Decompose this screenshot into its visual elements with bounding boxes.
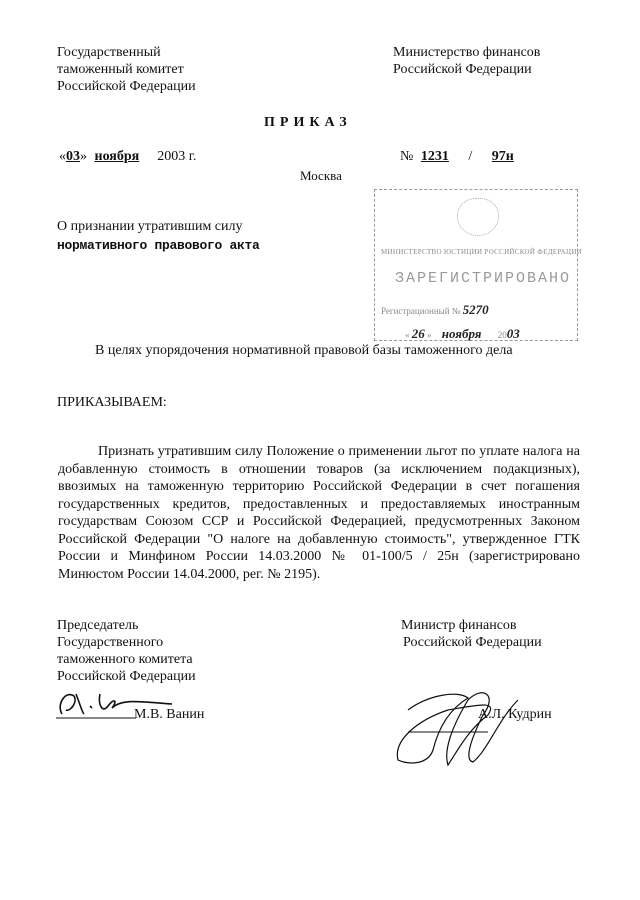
number-prefix: № bbox=[400, 149, 413, 164]
order-word: ПРИКАЗЫВАЕМ: bbox=[57, 394, 167, 411]
stamp-registered: ЗАРЕГИСТРИРОВАНО bbox=[395, 270, 571, 287]
subject-line-1: О признании утратившим силу bbox=[57, 218, 260, 235]
order-body: Признать утратившим силу Положение о при… bbox=[58, 443, 580, 583]
signer-left-title: Председатель bbox=[57, 617, 196, 634]
number-first: 1231 bbox=[417, 149, 465, 164]
order-subject: О признании утратившим силу нормативного… bbox=[57, 218, 260, 254]
document-title: ПРИКАЗ bbox=[264, 115, 352, 131]
issuer-right-line: Российской Федерации bbox=[393, 61, 540, 78]
date-month: ноября bbox=[91, 149, 158, 164]
city: Москва bbox=[300, 168, 342, 184]
date-day: 03 bbox=[66, 149, 80, 164]
signer-right-title: Министр финансов bbox=[401, 617, 542, 634]
signer-left-title: таможенного комитета bbox=[57, 651, 196, 668]
stamp-ministry: МИНИСТЕРСТВО ЮСТИЦИИ РОССИЙСКОЙ ФЕДЕРАЦИ… bbox=[381, 248, 582, 256]
stamp-date: « 26 » ноября 2003 bbox=[405, 326, 520, 342]
date-open-quote: « bbox=[59, 149, 66, 164]
issuer-right: Министерство финансов Российской Федерац… bbox=[393, 44, 540, 78]
signer-left-name: М.В. Ванин bbox=[134, 706, 204, 723]
signature-left: Председатель Государственного таможенног… bbox=[57, 617, 196, 685]
stamp-reg-number: Регистрационный № 5270 bbox=[381, 302, 489, 318]
stamp-date-year: 03 bbox=[507, 326, 520, 341]
issuer-right-line: Министерство финансов bbox=[393, 44, 540, 61]
order-number: № 1231 / 97н bbox=[400, 148, 528, 165]
signer-right-title: Российской Федерации bbox=[401, 634, 542, 651]
signer-right-name: А.Л. Кудрин bbox=[478, 706, 552, 723]
order-date: «03» ноября2003 г. bbox=[59, 148, 196, 165]
stamp-date-day: 26 bbox=[412, 326, 425, 341]
subject-line-2: нормативного правового акта bbox=[57, 237, 260, 254]
issuer-left: Государственный таможенный комитет Росси… bbox=[57, 44, 196, 95]
date-close-quote: » bbox=[80, 149, 87, 164]
stamp-reg-label: Регистрационный № bbox=[381, 306, 460, 316]
signer-left-title: Российской Федерации bbox=[57, 668, 196, 685]
stamp-date-month: ноября bbox=[442, 326, 482, 341]
signature-right: Министр финансов Российской Федерации bbox=[401, 617, 542, 651]
date-year: 2003 г. bbox=[157, 149, 196, 164]
preamble: В целях упорядочения нормативной правово… bbox=[95, 342, 513, 359]
signer-left-title: Государственного bbox=[57, 634, 196, 651]
issuer-left-line: таможенный комитет bbox=[57, 61, 196, 78]
number-second: 97н bbox=[476, 149, 528, 164]
emblem-icon bbox=[457, 198, 499, 236]
registration-stamp: МИНИСТЕРСТВО ЮСТИЦИИ РОССИЙСКОЙ ФЕДЕРАЦИ… bbox=[374, 189, 578, 341]
issuer-left-line: Государственный bbox=[57, 44, 196, 61]
number-separator: / bbox=[468, 149, 472, 164]
issuer-left-line: Российской Федерации bbox=[57, 78, 196, 95]
stamp-reg-value: 5270 bbox=[463, 302, 489, 317]
